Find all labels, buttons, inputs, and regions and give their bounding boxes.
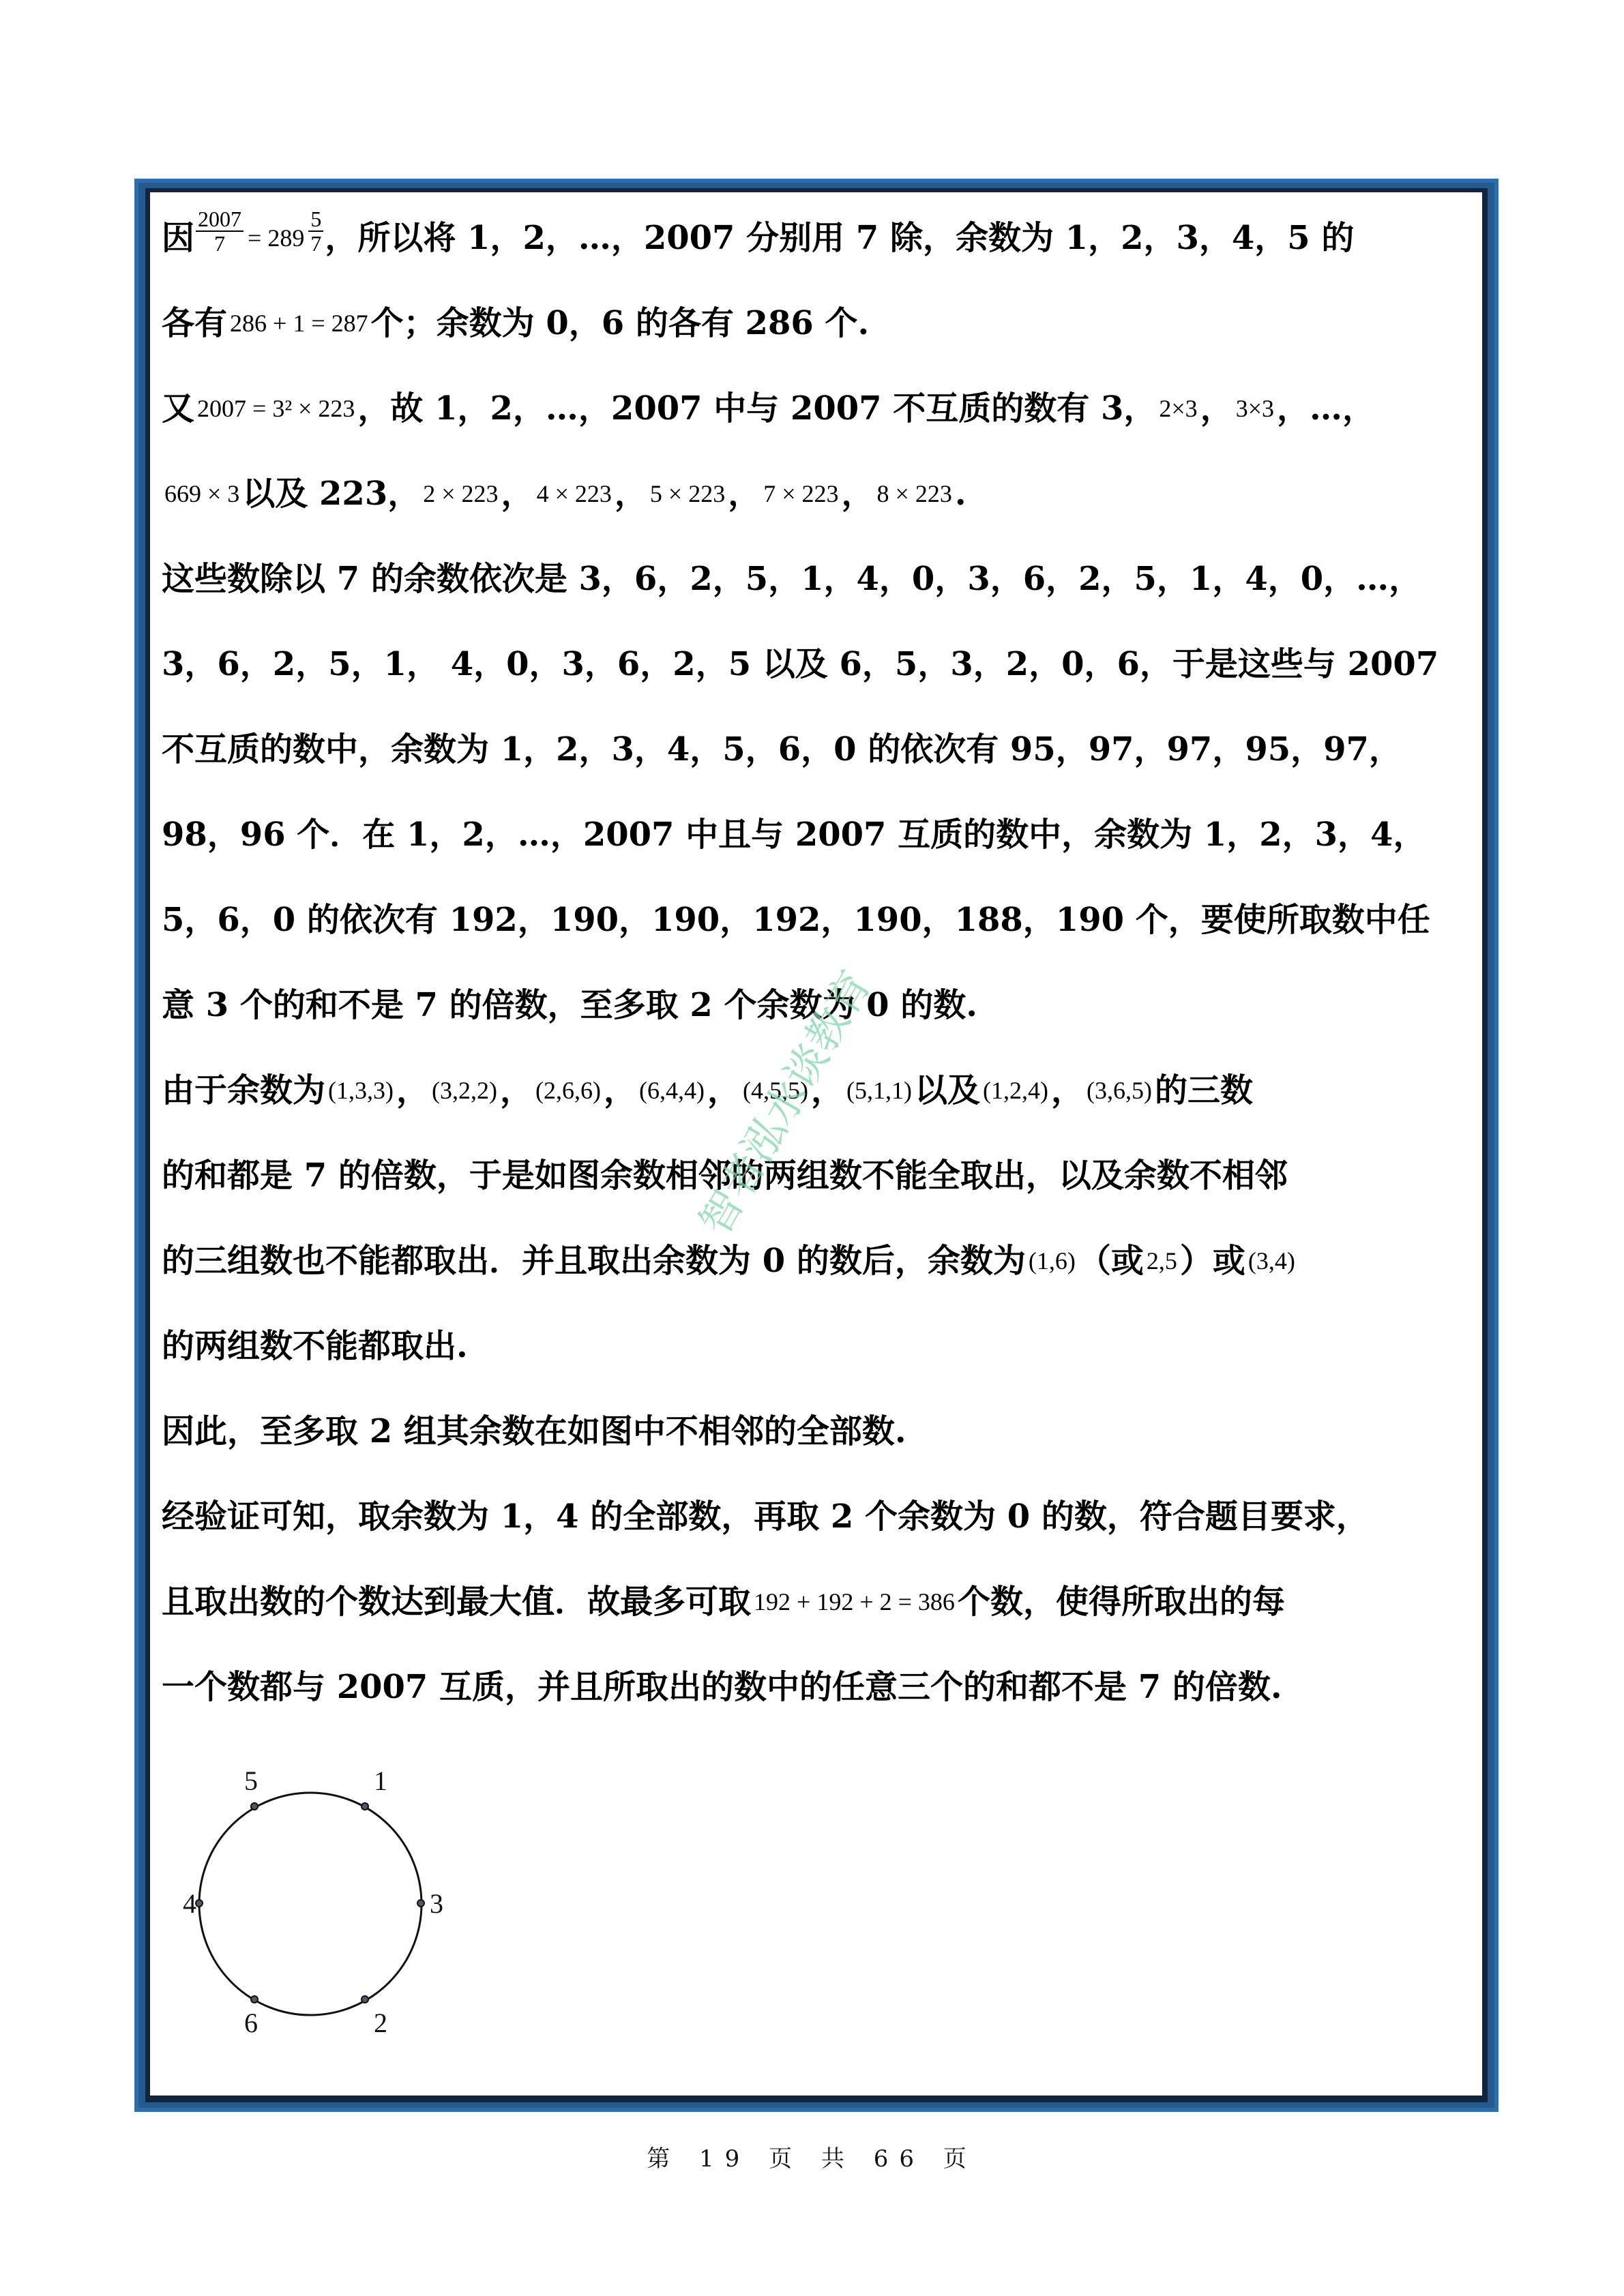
text-line: 这些数除以 7 的余数依次是 3，6，2，5，1，4，0，3，6，2，5，1，4… xyxy=(162,558,1471,643)
text-segment: ， xyxy=(500,1069,533,1112)
text-line: 且取出数的个数达到最大值．故最多可取192 + 192 + 2 = 386个数，… xyxy=(162,1581,1471,1666)
math-expression: (2,6,6) xyxy=(535,1069,601,1112)
text-segment: ， xyxy=(842,473,874,515)
text-segment: 因此，至多取 2 组其余数在如图中不相邻的全部数. xyxy=(162,1410,906,1452)
circle-point xyxy=(196,1900,203,1907)
math-expression: 7 × 223 xyxy=(763,473,838,515)
text-segment: 5，6，0 的依次有 192，190，190，192，190，188，190 个… xyxy=(162,899,1430,941)
math-expression: (3,2,2) xyxy=(432,1069,497,1112)
math-expression: (1,6) xyxy=(1029,1240,1076,1282)
text-segment: 各有 xyxy=(162,302,227,344)
text-segment: 98，96 个．在 1，2，…，2007 中且与 2007 互质的数中，余数为 … xyxy=(162,814,1426,856)
text-segment: 3，6，2，5，1， 4，0，3，6，2，5 以及 6，5，3，2，0，6，于是… xyxy=(162,643,1438,685)
math-expression: (3,4) xyxy=(1248,1240,1295,1282)
denominator: 7 xyxy=(308,232,323,255)
text-segment: ，所以将 1，2，…，2007 分别用 7 除，余数为 1，2，3，4，5 的 xyxy=(325,217,1354,259)
text-segment: 因 xyxy=(162,217,194,259)
text-line: 因此，至多取 2 组其余数在如图中不相邻的全部数. xyxy=(162,1410,1471,1495)
text-segment: ， xyxy=(615,473,647,515)
fraction: 20077 xyxy=(196,207,243,255)
text-segment: 的三数 xyxy=(1155,1069,1253,1112)
math-expression: = 289 xyxy=(248,217,304,259)
numerator: 5 xyxy=(308,207,323,232)
text-segment: 的三组数也不能都取出．并且取出余数为 0 的数后，余数为 xyxy=(162,1240,1026,1282)
text-segment: 个数，使得所取出的每 xyxy=(958,1581,1285,1623)
math-expression: 2,5 xyxy=(1147,1240,1177,1282)
text-line: 因20077= 28957，所以将 1，2，…，2007 分别用 7 除，余数为… xyxy=(162,217,1471,302)
fraction: 57 xyxy=(308,207,323,255)
text-segment: ， xyxy=(1200,387,1233,430)
text-segment: 不互质的数中，余数为 1，2，3，4，5，6，0 的依次有 95，97，97，9… xyxy=(162,728,1402,771)
text-segment: 个；余数为 0，6 的各有 286 个. xyxy=(371,302,870,344)
text-segment: ，故 1，2，…，2007 中与 2007 不互质的数有 3， xyxy=(357,387,1156,430)
text-segment: 这些数除以 7 的余数依次是 3，6，2，5，1，4，0，3，6，2，5，1，4… xyxy=(162,558,1421,600)
circle-point xyxy=(361,1803,368,1810)
point-label: 2 xyxy=(374,2008,387,2038)
text-line: 的三组数也不能都取出．并且取出余数为 0 的数后，余数为(1,6)（或2,5）或… xyxy=(162,1240,1471,1325)
math-expression: 2 × 223 xyxy=(423,473,498,515)
circle-point xyxy=(417,1900,424,1907)
text-segment: （或 xyxy=(1078,1240,1144,1282)
math-expression: (3,6,5) xyxy=(1087,1069,1152,1112)
math-expression: 2×3 xyxy=(1159,387,1197,430)
text-segment: ， xyxy=(1051,1069,1084,1112)
point-label: 3 xyxy=(430,1888,443,1919)
text-segment: . xyxy=(955,473,966,515)
text-line: 的和都是 7 的倍数，于是如图余数相邻的两组数不能全取出，以及余数不相邻 xyxy=(162,1154,1471,1240)
circle-point xyxy=(251,1803,258,1810)
math-expression: 2007 = 3² × 223 xyxy=(197,387,355,430)
math-expression: (5,1,1) xyxy=(846,1069,912,1112)
text-segment: ， xyxy=(707,1069,740,1112)
text-line: 各有286 + 1 = 287个；余数为 0，6 的各有 286 个. xyxy=(162,302,1471,387)
denominator: 7 xyxy=(212,232,227,255)
text-segment: 又 xyxy=(162,387,194,430)
text-segment: ， xyxy=(728,473,761,515)
point-label: 5 xyxy=(244,1765,258,1796)
math-expression: 286 + 1 = 287 xyxy=(230,302,368,344)
text-line: 一个数都与 2007 互质，并且所取出的数中的任意三个的和都不是 7 的倍数. xyxy=(162,1666,1471,1751)
point-label: 1 xyxy=(374,1765,387,1796)
text-line: 的两组数不能都取出. xyxy=(162,1325,1471,1410)
math-expression: (4,5,5) xyxy=(743,1069,808,1112)
text-segment: 以及 223， xyxy=(242,473,420,515)
text-segment: 一个数都与 2007 互质，并且所取出的数中的任意三个的和都不是 7 的倍数. xyxy=(162,1666,1282,1708)
circle-point xyxy=(251,1996,258,2003)
text-segment: 以及 xyxy=(915,1069,980,1112)
math-expression: 4 × 223 xyxy=(537,473,612,515)
numerator: 2007 xyxy=(196,207,243,232)
text-line: 又2007 = 3² × 223，故 1，2，…，2007 中与 2007 不互… xyxy=(162,387,1471,473)
solution-text: 因20077= 28957，所以将 1，2，…，2007 分别用 7 除，余数为… xyxy=(162,217,1471,1751)
text-segment: 意 3 个的和不是 7 的倍数，至多取 2 个余数为 0 的数. xyxy=(162,984,977,1026)
text-line: 经验证可知，取余数为 1，4 的全部数，再取 2 个余数为 0 的数，符合题目要… xyxy=(162,1495,1471,1581)
text-line: 由于余数为(1,3,3)，(3,2,2)，(2,6,6)，(6,4,4)，(4,… xyxy=(162,1069,1471,1154)
point-label: 4 xyxy=(183,1888,196,1919)
text-segment: 且取出数的个数达到最大值．故最多可取 xyxy=(162,1581,751,1623)
text-segment: ）或 xyxy=(1180,1240,1245,1282)
remainder-circle-diagram: 514362 xyxy=(157,1746,471,2059)
circle-figure: 514362 xyxy=(157,1746,471,2059)
math-expression: (6,4,4) xyxy=(639,1069,705,1112)
math-expression: (1,3,3) xyxy=(328,1069,394,1112)
page-number-footer: 第 19 页 共 66 页 xyxy=(0,2140,1624,2173)
text-segment: ， xyxy=(811,1069,844,1112)
text-segment: ， xyxy=(501,473,534,515)
text-line: 意 3 个的和不是 7 的倍数，至多取 2 个余数为 0 的数. xyxy=(162,984,1471,1069)
math-expression: 192 + 192 + 2 = 386 xyxy=(754,1581,955,1623)
text-line: 5，6，0 的依次有 192，190，190，192，190，188，190 个… xyxy=(162,899,1471,984)
text-segment: 的和都是 7 的倍数，于是如图余数相邻的两组数不能全取出，以及余数不相邻 xyxy=(162,1154,1288,1197)
math-expression: (1,2,4) xyxy=(983,1069,1048,1112)
text-segment: ， xyxy=(604,1069,636,1112)
text-segment: ， xyxy=(396,1069,429,1112)
circle-point xyxy=(361,1996,368,2003)
text-line: 669 × 3以及 223，2 × 223，4 × 223，5 × 223，7 … xyxy=(162,473,1471,558)
circle-outline xyxy=(199,1793,422,2015)
math-expression: 5 × 223 xyxy=(650,473,725,515)
math-expression: 8 × 223 xyxy=(877,473,952,515)
point-label: 6 xyxy=(244,2008,258,2038)
text-line: 不互质的数中，余数为 1，2，3，4，5，6，0 的依次有 95，97，97，9… xyxy=(162,728,1471,814)
text-segment: 的两组数不能都取出. xyxy=(162,1325,468,1367)
text-line: 98，96 个．在 1，2，…，2007 中且与 2007 互质的数中，余数为 … xyxy=(162,814,1471,899)
text-segment: 由于余数为 xyxy=(162,1069,325,1112)
text-segment: 经验证可知，取余数为 1，4 的全部数，再取 2 个余数为 0 的数，符合题目要… xyxy=(162,1495,1369,1538)
math-expression: 669 × 3 xyxy=(164,473,239,515)
text-line: 3，6，2，5，1， 4，0，3，6，2，5 以及 6，5，3，2，0，6，于是… xyxy=(162,643,1471,728)
text-segment: ，…， xyxy=(1277,387,1375,430)
math-expression: 3×3 xyxy=(1236,387,1274,430)
